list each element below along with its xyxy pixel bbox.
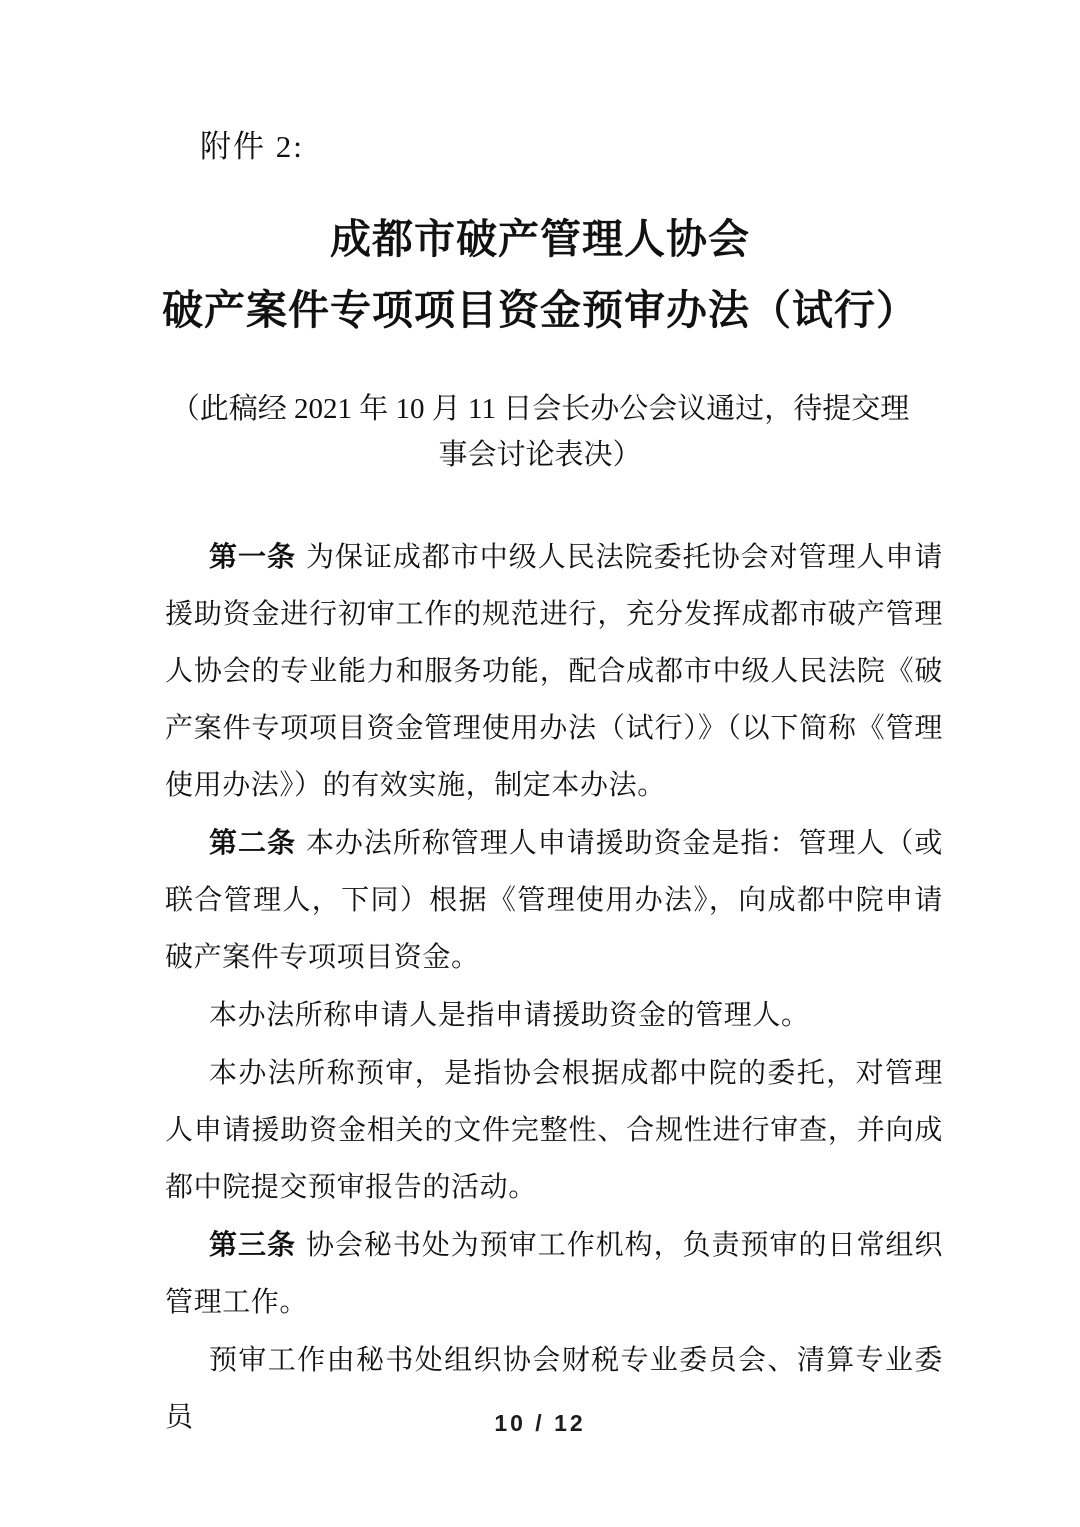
approval-note: （此稿经 2021 年 10 月 11 日会长办公会议通过，待提交理事会讨论表决… — [158, 386, 922, 478]
paragraph-text: 本办法所称预审，是指协会根据成都中院的委托，对管理人申请援助资金相关的文件完整性… — [165, 1058, 943, 1203]
title-line-1: 成都市破产管理人协会 — [0, 204, 1080, 275]
page-number-indicator: 10 / 12 — [0, 1410, 1080, 1437]
article-number-label: 第二条 — [209, 827, 296, 858]
body-paragraph-article-3: 第三条协会秘书处为预审工作机构，负责预审的日常组织管理工作。 — [165, 1216, 943, 1331]
document-body: 第一条为保证成都市中级人民法院委托协会对管理人申请援助资金进行初审工作的规范进行… — [165, 528, 943, 1446]
attachment-label: 附件 2: — [200, 126, 304, 168]
article-number-label: 第三条 — [209, 1229, 296, 1260]
body-paragraph: 本办法所称申请人是指申请援助资金的管理人。 — [165, 986, 943, 1044]
title-line-2: 破产案件专项项目资金预审办法（试行） — [0, 275, 1080, 346]
body-paragraph-article-2: 第二条本办法所称管理人申请援助资金是指：管理人（或联合管理人，下同）根据《管理使… — [165, 814, 943, 986]
paragraph-text: 为保证成都市中级人民法院委托协会对管理人申请援助资金进行初审工作的规范进行，充分… — [165, 542, 943, 801]
article-number-label: 第一条 — [209, 541, 296, 572]
document-title: 成都市破产管理人协会 破产案件专项项目资金预审办法（试行） — [0, 204, 1080, 346]
document-page: 附件 2: 成都市破产管理人协会 破产案件专项项目资金预审办法（试行） （此稿经… — [0, 0, 1080, 1527]
paragraph-text: 本办法所称申请人是指申请援助资金的管理人。 — [209, 1000, 810, 1031]
body-paragraph: 本办法所称预审，是指协会根据成都中院的委托，对管理人申请援助资金相关的文件完整性… — [165, 1044, 943, 1216]
body-paragraph-article-1: 第一条为保证成都市中级人民法院委托协会对管理人申请援助资金进行初审工作的规范进行… — [165, 528, 943, 814]
